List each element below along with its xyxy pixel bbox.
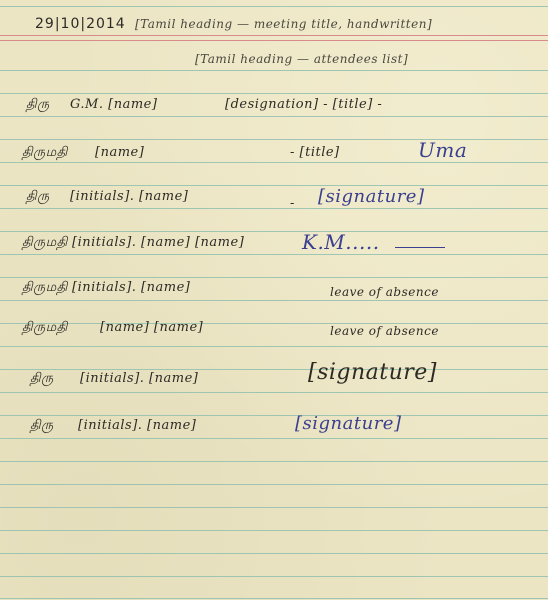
signature-stroke [395, 247, 445, 248]
margin-rule [0, 35, 548, 36]
entry-role: - [title] [290, 145, 340, 160]
date: 29|10|2014 [35, 16, 126, 32]
ruled-line [0, 438, 548, 439]
entry-name: [initials]. [name] [72, 280, 190, 295]
ruled-line [0, 346, 548, 347]
entry-name: [initials]. [name] [70, 189, 188, 204]
ruled-line [0, 392, 548, 393]
ruled-line [0, 369, 548, 370]
ruled-line [0, 598, 548, 599]
entry-honorific: திருமதி [22, 145, 68, 161]
entry-name: [initials]. [name] [78, 418, 196, 433]
entry-name: [initials]. [name] [name] [72, 235, 244, 250]
ruled-line [0, 323, 548, 324]
entry-name: [name] [95, 145, 144, 160]
title-line-1: [Tamil heading — meeting title, handwrit… [135, 17, 432, 31]
ruled-line [0, 231, 548, 232]
ruled-line [0, 116, 548, 117]
entry-name: [name] [name] [100, 320, 203, 335]
entry-signature: Uma [418, 138, 467, 162]
entry-honorific: திருமதி [22, 320, 68, 336]
entry-honorific: திரு [26, 97, 50, 113]
ruled-line [0, 254, 548, 255]
ruled-line [0, 162, 548, 163]
entry-signature: [signature] [295, 413, 401, 434]
ruled-line [0, 208, 548, 209]
ruled-line [0, 185, 548, 186]
ruled-line [0, 300, 548, 301]
ruled-line [0, 277, 548, 278]
ruled-line [0, 461, 548, 462]
title-line-2: [Tamil heading — attendees list] [195, 52, 408, 66]
ruled-line [0, 6, 548, 7]
ruled-line [0, 576, 548, 577]
ruled-line [0, 507, 548, 508]
margin-rule [0, 40, 548, 41]
ruled-line [0, 530, 548, 531]
notebook-page: 29|10|2014 [Tamil heading — meeting titl… [0, 0, 548, 600]
ruled-line [0, 484, 548, 485]
entry-honorific: திரு [26, 189, 50, 205]
entry-honorific: திருமதி [22, 280, 68, 296]
entry-honorific: திரு [30, 418, 54, 434]
entry-role: [designation] - [title] - [225, 97, 382, 112]
ruled-line [0, 415, 548, 416]
entry-signature: [signature] [308, 360, 437, 385]
entry-honorific: திருமதி [22, 235, 68, 251]
entry-name: [initials]. [name] [80, 371, 198, 386]
entry-signature: [signature] [318, 186, 424, 207]
ruled-line [0, 553, 548, 554]
entry-role: - [290, 196, 295, 211]
entry-note: leave of absence [330, 324, 439, 338]
entry-name: G.M. [name] [70, 97, 157, 112]
ruled-line [0, 70, 548, 71]
entry-honorific: திரு [30, 371, 54, 387]
ruled-line [0, 93, 548, 94]
entry-note: leave of absence [330, 285, 439, 299]
entry-signature: K.M..... [302, 230, 380, 254]
